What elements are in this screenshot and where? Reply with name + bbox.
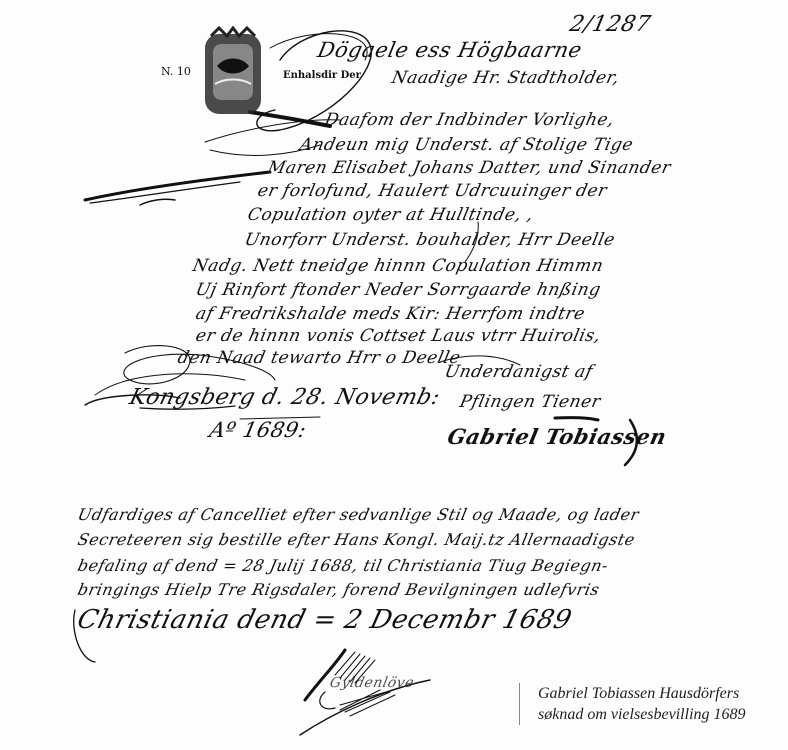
letter-body-line: er de hinnn vonis Cottset Laus vtrr Huir… bbox=[194, 326, 603, 346]
scanned-document-page: 2/1287 N. 10 Enhalsdir Der Dögaele ess H… bbox=[0, 0, 788, 750]
letter-body-line: af Fredrikshalde meds Kir: Herrfom indtr… bbox=[194, 304, 587, 324]
stamp-text: Enhalsdir Der bbox=[283, 70, 361, 81]
letter-body-line: Uj Rinfort ftonder Neder Sorrgaarde hnßi… bbox=[194, 280, 603, 300]
letter-body-line: Daafom der Indbinder Vorlighe, bbox=[323, 110, 616, 130]
image-caption: Gabriel Tobiassen Hausdörfers søknad om … bbox=[519, 683, 788, 725]
endorsement-line: Secreteeren sig bestille efter Hans Kong… bbox=[76, 530, 637, 549]
letter-body-line: Nadg. Nett tneidge hinnn Copulation Himm… bbox=[191, 256, 605, 276]
coat-of-arms-stamp-icon bbox=[201, 26, 265, 120]
letter-body-line: Copulation oyter at Hulltinde, , bbox=[246, 205, 535, 225]
endorsement-line: Udfardiges af Cancelliet efter sedvanlig… bbox=[76, 505, 641, 524]
archive-reference-number: 2/1287 bbox=[567, 12, 653, 37]
letter-body-line: Andeun mig Underst. af Stolige Tige bbox=[298, 135, 635, 155]
letter-year: Aº 1689: bbox=[207, 418, 308, 442]
letter-body-line: Maren Elisabet Johans Datter, und Sinand… bbox=[266, 158, 673, 178]
letter-body-line: Unorforr Underst. bouhalder, Hrr Deelle bbox=[243, 230, 617, 250]
official-signature: Gyldenlöve bbox=[328, 675, 415, 691]
letter-closing-line: Pflingen Tiener bbox=[458, 392, 603, 412]
letter-body-line: den Naad tewarto Hrr o Deelle bbox=[176, 348, 462, 368]
caption-line-2: søknad om vielsesbevilling 1689 bbox=[538, 704, 788, 725]
file-number-label: N. 10 bbox=[161, 65, 191, 78]
letter-heading-line-1: Dögaele ess Högbaarne bbox=[315, 38, 584, 62]
letter-heading-line-2: Naadige Hr. Stadtholder, bbox=[390, 68, 622, 88]
endorsement-line: befaling af dend = 28 Julij 1688, til Ch… bbox=[76, 556, 610, 575]
letter-body-line: er forlofund, Haulert Udrcuuinger der bbox=[256, 181, 609, 201]
letter-place-date: Kongsberg d. 28. Novemb: bbox=[127, 385, 443, 410]
letter-closing-line: Underdanigst af bbox=[443, 362, 595, 382]
endorsement-line: bringings Hielp Tre Rigsdaler, forend Be… bbox=[76, 580, 601, 599]
endorsement-place-date: Christiania dend = 2 Decembr 1689 bbox=[74, 605, 575, 635]
applicant-signature: Gabriel Tobiassen bbox=[445, 424, 669, 449]
caption-line-1: Gabriel Tobiassen Hausdörfers bbox=[538, 683, 788, 704]
